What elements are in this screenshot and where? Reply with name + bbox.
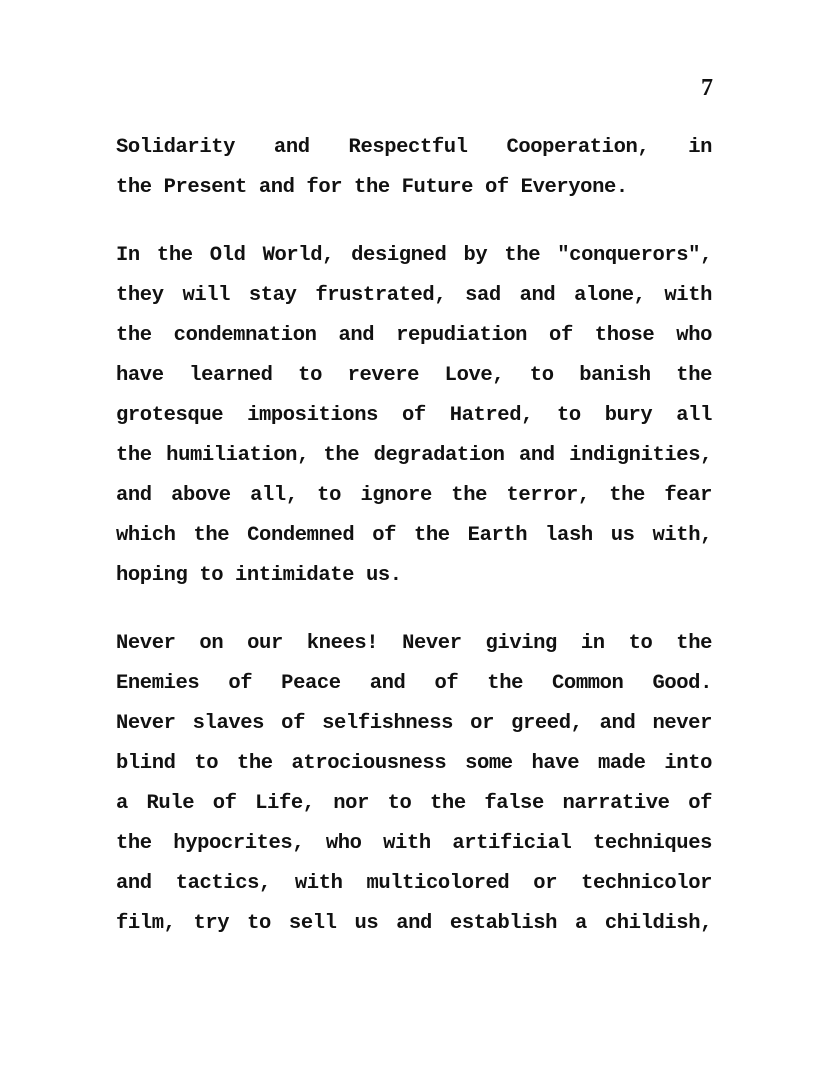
text-line: the Present and for the Future of Everyo…	[116, 168, 712, 208]
text-line: the hypocrites, who with artificial tech…	[116, 824, 712, 864]
text-line: they will stay frustrated, sad and alone…	[116, 276, 712, 316]
paragraph-1: Solidarity and Respectful Cooperation, i…	[116, 128, 712, 208]
text-line: In the Old World, designed by the "conqu…	[116, 236, 712, 276]
paragraph-2: In the Old World, designed by the "conqu…	[116, 236, 712, 596]
text-line: and above all, to ignore the terror, the…	[116, 476, 712, 516]
text-line: film, try to sell us and establish a chi…	[116, 904, 712, 944]
text-line: a Rule of Life, nor to the false narrati…	[116, 784, 712, 824]
text-line: and tactics, with multicolored or techni…	[116, 864, 712, 904]
text-line: Solidarity and Respectful Cooperation, i…	[116, 128, 712, 168]
page-number: 7	[701, 74, 713, 102]
text-line: Never on our knees! Never giving in to t…	[116, 624, 712, 664]
text-line: Never slaves of selfishness or greed, an…	[116, 704, 712, 744]
text-line: have learned to revere Love, to banish t…	[116, 356, 712, 396]
text-line: the condemnation and repudiation of thos…	[116, 316, 712, 356]
text-line: grotesque impositions of Hatred, to bury…	[116, 396, 712, 436]
paragraph-3: Never on our knees! Never giving in to t…	[116, 624, 712, 944]
text-line: hoping to intimidate us.	[116, 556, 712, 596]
text-line: which the Condemned of the Earth lash us…	[116, 516, 712, 556]
text-line: blind to the atrociousness some have mad…	[116, 744, 712, 784]
text-line: the humiliation, the degradation and ind…	[116, 436, 712, 476]
text-line: Enemies of Peace and of the Common Good.	[116, 664, 712, 704]
